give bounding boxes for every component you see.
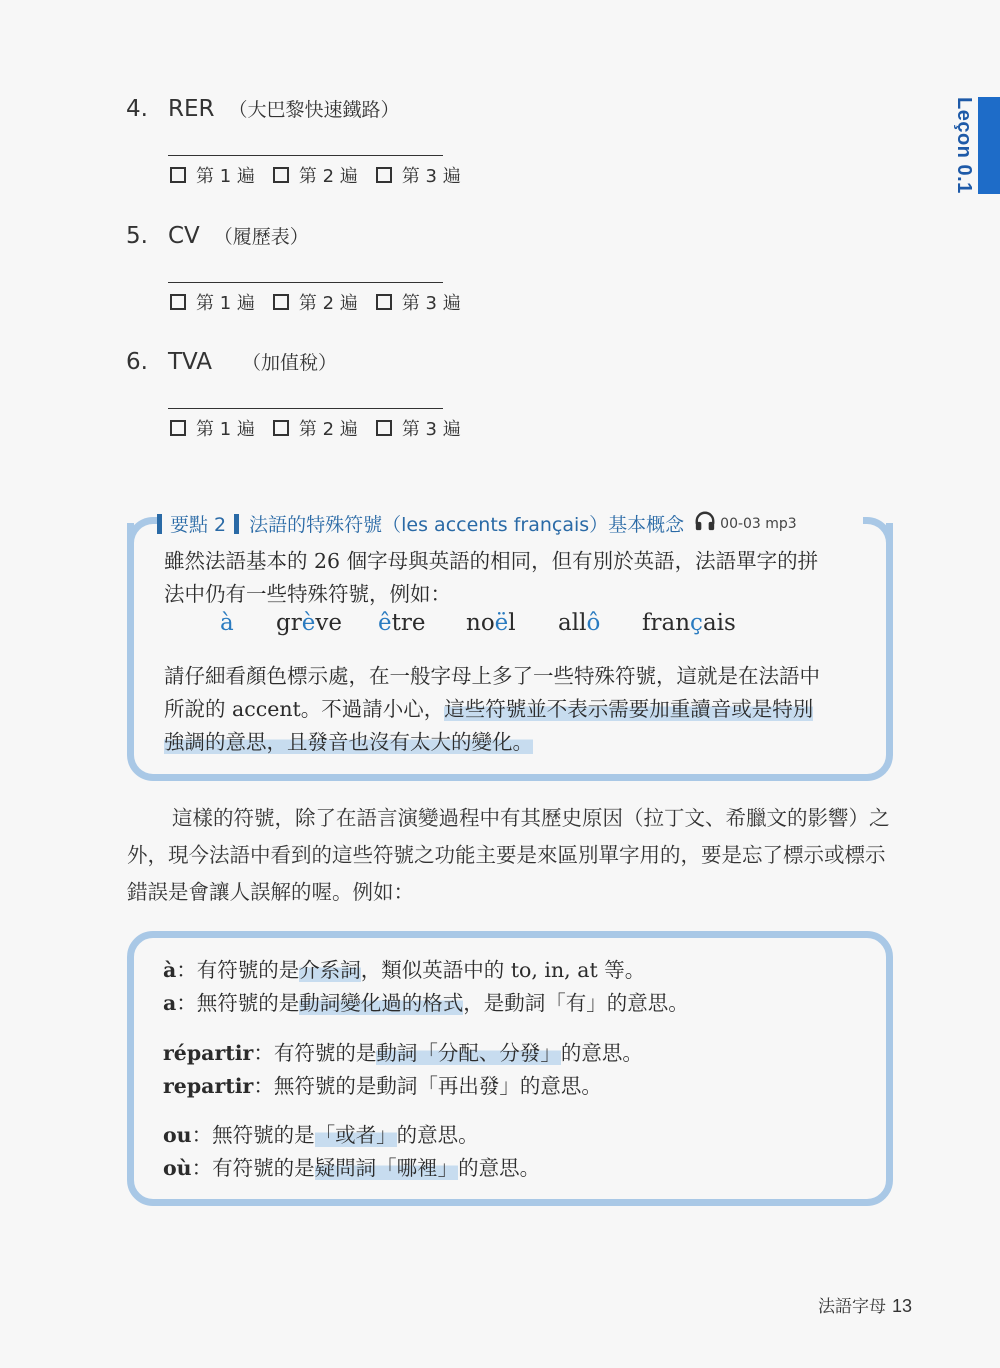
highlighted-text: 這些符號並不表示需要加重讀音或是特別 [444, 697, 813, 721]
repeat-checkbox-3[interactable]: 第 3 遍 [376, 289, 461, 315]
checkbox-icon[interactable] [376, 167, 392, 183]
answer-line[interactable] [168, 282, 443, 283]
accent-word: noël [466, 610, 558, 636]
checkbox-icon[interactable] [170, 420, 186, 436]
repeat-checkbox-1[interactable]: 第 1 遍 [170, 289, 255, 315]
page-number: 13 [892, 1296, 912, 1316]
examples-group-1: à：有符號的是介系詞，類似英語中的 to, in, at 等。 a：無符號的是動… [163, 954, 863, 1020]
answer-line[interactable] [168, 155, 443, 156]
exercise-item-6: 6. TVA （加值稅） 第 1 遍 第 2 遍 第 3 遍 [126, 348, 546, 375]
repeat-checkbox-2[interactable]: 第 2 遍 [273, 289, 358, 315]
example-row: ou：無符號的是「或者」的意思。 [163, 1119, 863, 1152]
repeat-checklist: 第 1 遍 第 2 遍 第 3 遍 [170, 162, 479, 188]
section-name: 法語字母 [818, 1297, 886, 1317]
title-bar-left [157, 514, 162, 534]
checkbox-icon[interactable] [170, 294, 186, 310]
example-row: répartir：有符號的是動詞「分配、分發」的意思。 [163, 1037, 863, 1070]
exercise-number: 5. [126, 223, 168, 249]
accent-word: à [220, 610, 276, 636]
exercise-number: 4. [126, 96, 168, 122]
accent-word: allô [558, 610, 642, 636]
checkbox-icon[interactable] [273, 294, 289, 310]
key-point-label: 要點 2 [170, 510, 226, 537]
examples-group-2: répartir：有符號的是動詞「分配、分發」的意思。 repartir：無符號… [163, 1037, 863, 1103]
answer-line[interactable] [168, 408, 443, 409]
key-point-paragraph-1: 雖然法語基本的 26 個字母與英語的相同，但有別於英語，法語單字的拼 法中仍有一… [164, 545, 874, 611]
chapter-tab-marker [978, 97, 1000, 194]
repeat-checkbox-3[interactable]: 第 3 遍 [376, 162, 461, 188]
chapter-label: Leçon 0.1 [945, 97, 975, 197]
checkbox-icon[interactable] [273, 167, 289, 183]
repeat-checkbox-1[interactable]: 第 1 遍 [170, 415, 255, 441]
exercise-item-4: 4. RER （大巴黎快速鐵路） 第 1 遍 第 2 遍 第 3 遍 [126, 95, 546, 122]
exercise-term: TVA [168, 349, 212, 375]
accent-word: être [378, 610, 466, 636]
accent-word: grève [276, 610, 378, 636]
key-point-paragraph-2: 請仔細看顏色標示處，在一般字母上多了一些特殊符號，這就是在法語中 所說的 acc… [164, 660, 874, 759]
examples-group-3: ou：無符號的是「或者」的意思。 où：有符號的是疑問詞「哪裡」的意思。 [163, 1119, 863, 1185]
checkbox-icon[interactable] [376, 294, 392, 310]
exercise-number: 6. [126, 349, 168, 375]
accent-word-examples: à grève être noël allô français [220, 610, 736, 636]
body-paragraph: 這樣的符號，除了在語言演變過程中有其歷史原因（拉丁文、希臘文的影響）之外，現今法… [127, 800, 897, 911]
example-row: à：有符號的是介系詞，類似英語中的 to, in, at 等。 [163, 954, 863, 987]
repeat-checklist: 第 1 遍 第 2 遍 第 3 遍 [170, 289, 479, 315]
example-row: où：有符號的是疑問詞「哪裡」的意思。 [163, 1152, 863, 1185]
example-row: a：無符號的是動詞變化過的格式，是動詞「有」的意思。 [163, 987, 863, 1020]
checkbox-icon[interactable] [376, 420, 392, 436]
repeat-checkbox-3[interactable]: 第 3 遍 [376, 415, 461, 441]
headphones-icon[interactable] [694, 510, 716, 537]
key-point-header: 要點 2 法語的特殊符號（les accents français）基本概念 0… [157, 510, 805, 537]
highlighted-text: 強調的意思，且發音也沒有太大的變化。 [164, 730, 533, 754]
exercise-gloss: （大巴黎快速鐵路） [229, 95, 400, 122]
exercise-gloss: （加值稅） [242, 348, 337, 375]
repeat-checkbox-1[interactable]: 第 1 遍 [170, 162, 255, 188]
exercise-item-5: 5. CV （履歷表） 第 1 遍 第 2 遍 第 3 遍 [126, 222, 546, 249]
accent-word: français [642, 610, 736, 636]
key-point-title: 法語的特殊符號（les accents français）基本概念 [249, 510, 684, 537]
exercise-term: CV [168, 223, 200, 249]
checkbox-icon[interactable] [170, 167, 186, 183]
page-footer: 法語字母13 [818, 1292, 912, 1317]
repeat-checkbox-2[interactable]: 第 2 遍 [273, 162, 358, 188]
exercise-term: RER [168, 96, 215, 122]
repeat-checkbox-2[interactable]: 第 2 遍 [273, 415, 358, 441]
checkbox-icon[interactable] [273, 420, 289, 436]
audio-track-label[interactable]: 00-03 mp3 [720, 516, 797, 532]
exercise-gloss: （履歷表） [214, 222, 309, 249]
title-bar-right [234, 514, 239, 534]
repeat-checklist: 第 1 遍 第 2 遍 第 3 遍 [170, 415, 479, 441]
example-row: repartir：無符號的是動詞「再出發」的意思。 [163, 1070, 863, 1103]
